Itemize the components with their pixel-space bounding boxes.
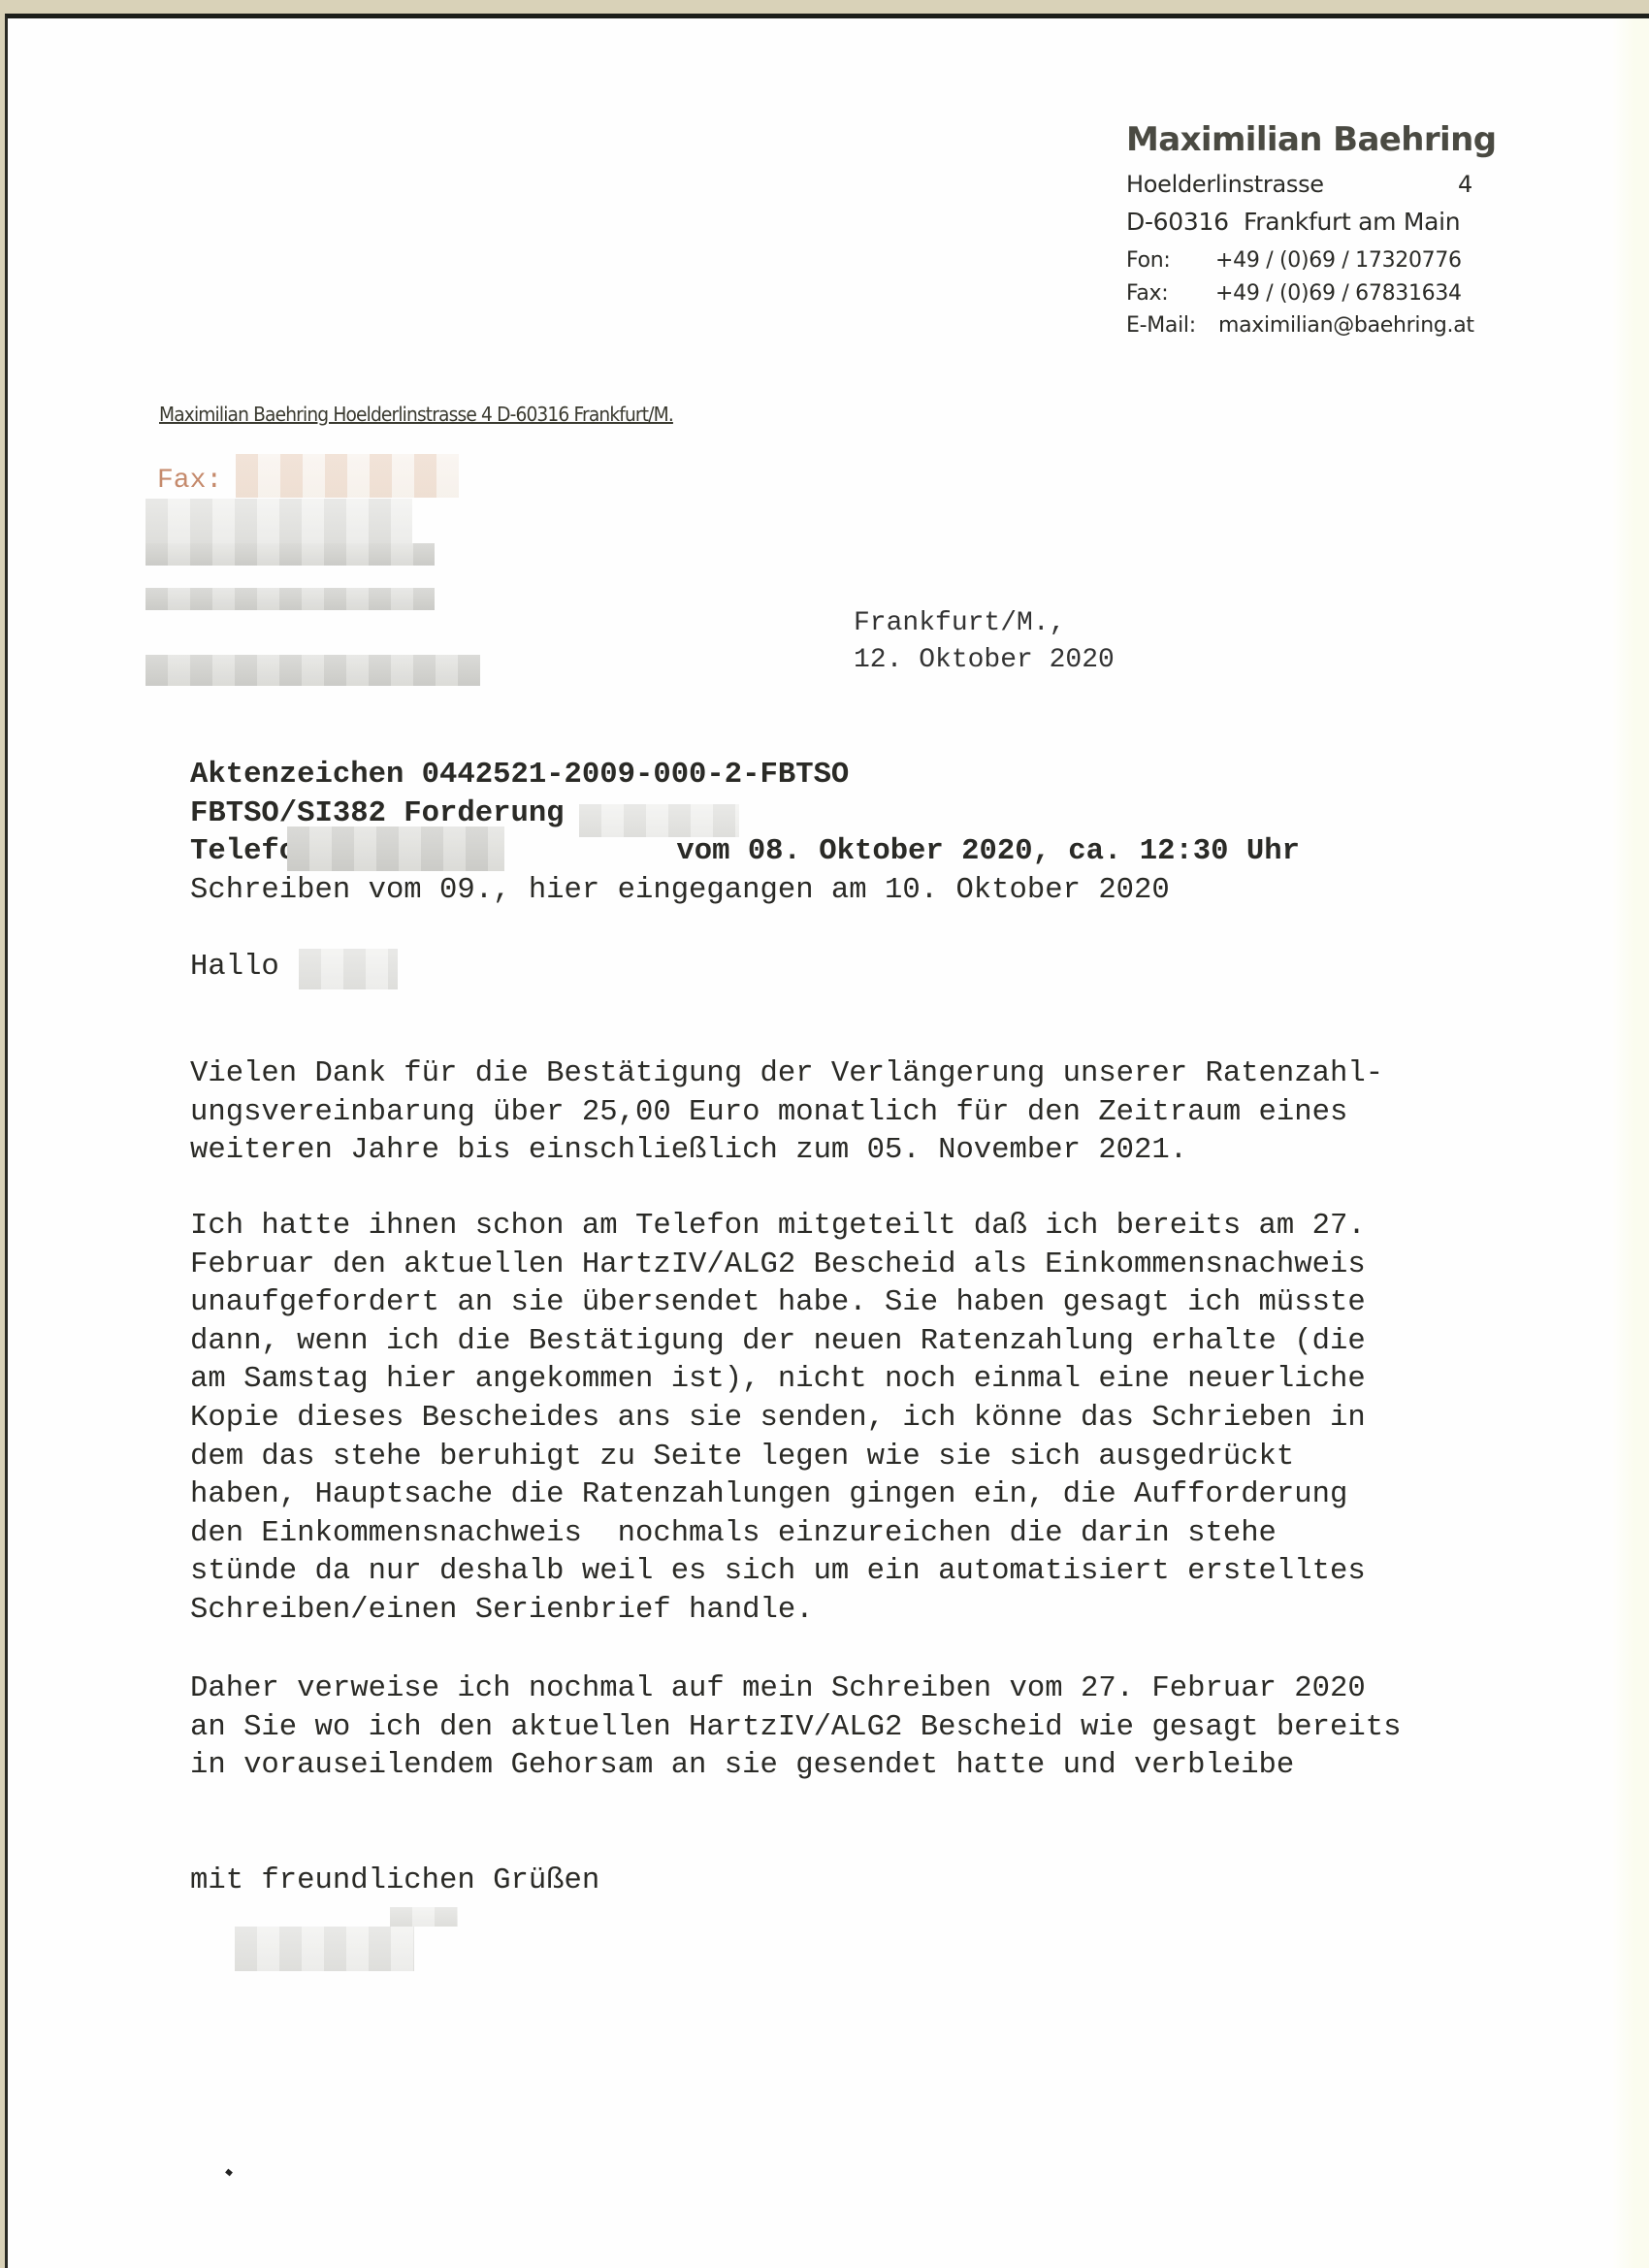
- redacted-recipient-line-2: [145, 543, 435, 566]
- letter-date: 12. Oktober 2020: [854, 645, 1115, 675]
- place: Frankfurt/M.,: [854, 608, 1065, 638]
- redacted-signature: [235, 1927, 414, 1971]
- sender-street-line: Hoelderlinstrasse 4: [1126, 171, 1472, 198]
- phone-label: Fon:: [1126, 248, 1215, 273]
- redacted-recipient-line-3: [145, 588, 435, 610]
- return-address: Maximilian Baehring Hoelderlinstrasse 4 …: [159, 403, 673, 426]
- redacted-greeting-name: [299, 949, 398, 989]
- sender-fax: +49 / (0)69 / 67831634: [1215, 281, 1462, 306]
- sender-email: maximilian@baehring.at: [1218, 313, 1474, 338]
- redacted-fax-number: [236, 454, 459, 498]
- sender-email-line: E-Mail:maximilian@baehring.at: [1126, 313, 1472, 338]
- subject-claim: FBTSO/SI382 Forderung: [190, 797, 565, 830]
- subject-call-suffix: vom 08. Oktober 2020, ca. 12:30 Uhr: [659, 835, 1300, 868]
- paragraph-3: Daher verweise ich nochmal auf mein Schr…: [190, 1670, 1401, 1786]
- sender-phone: +49 / (0)69 / 17320776: [1215, 248, 1462, 273]
- redacted-contact-name: [287, 826, 504, 871]
- redacted-claim-name: [579, 804, 739, 837]
- sender-street: Hoelderlinstrasse: [1126, 171, 1324, 198]
- fax-label: Fax:: [1126, 281, 1215, 306]
- paragraph-2: Ich hatte ihnen schon am Telefon mitgete…: [190, 1208, 1366, 1631]
- sender-phone-line: Fon:+49 / (0)69 / 17320776: [1126, 248, 1472, 273]
- redacted-recipient-line-4: [145, 655, 480, 686]
- sender-postal-city: D-60316 Frankfurt am Main: [1126, 208, 1472, 236]
- redacted-signature-top: [390, 1907, 458, 1927]
- greeting-text: Hallo: [190, 951, 279, 984]
- recipient-fax-label: Fax:: [157, 462, 222, 501]
- greeting: Hallo: [190, 949, 279, 988]
- sender-fax-line: Fax:+49 / (0)69 / 67831634: [1126, 281, 1472, 306]
- subject-letter-received: Schreiben vom 09., hier eingegangen am 1…: [190, 874, 1170, 907]
- email-label: E-Mail:: [1126, 313, 1218, 338]
- place-date: Frankfurt/M., 12. Oktober 2020: [854, 605, 1115, 679]
- closing: mit freundlichen Grüßen: [190, 1863, 599, 1901]
- redacted-recipient-line-1: [145, 499, 412, 543]
- scan-edge: [1612, 18, 1649, 2268]
- paragraph-1: Vielen Dank für die Bestätigung der Verl…: [190, 1055, 1383, 1171]
- sender-name: Maximilian Baehring: [1126, 120, 1496, 159]
- subject-reference: Aktenzeichen 0442521-2009-000-2-FBTSO: [190, 759, 849, 792]
- sender-house-number: 4: [1458, 171, 1472, 198]
